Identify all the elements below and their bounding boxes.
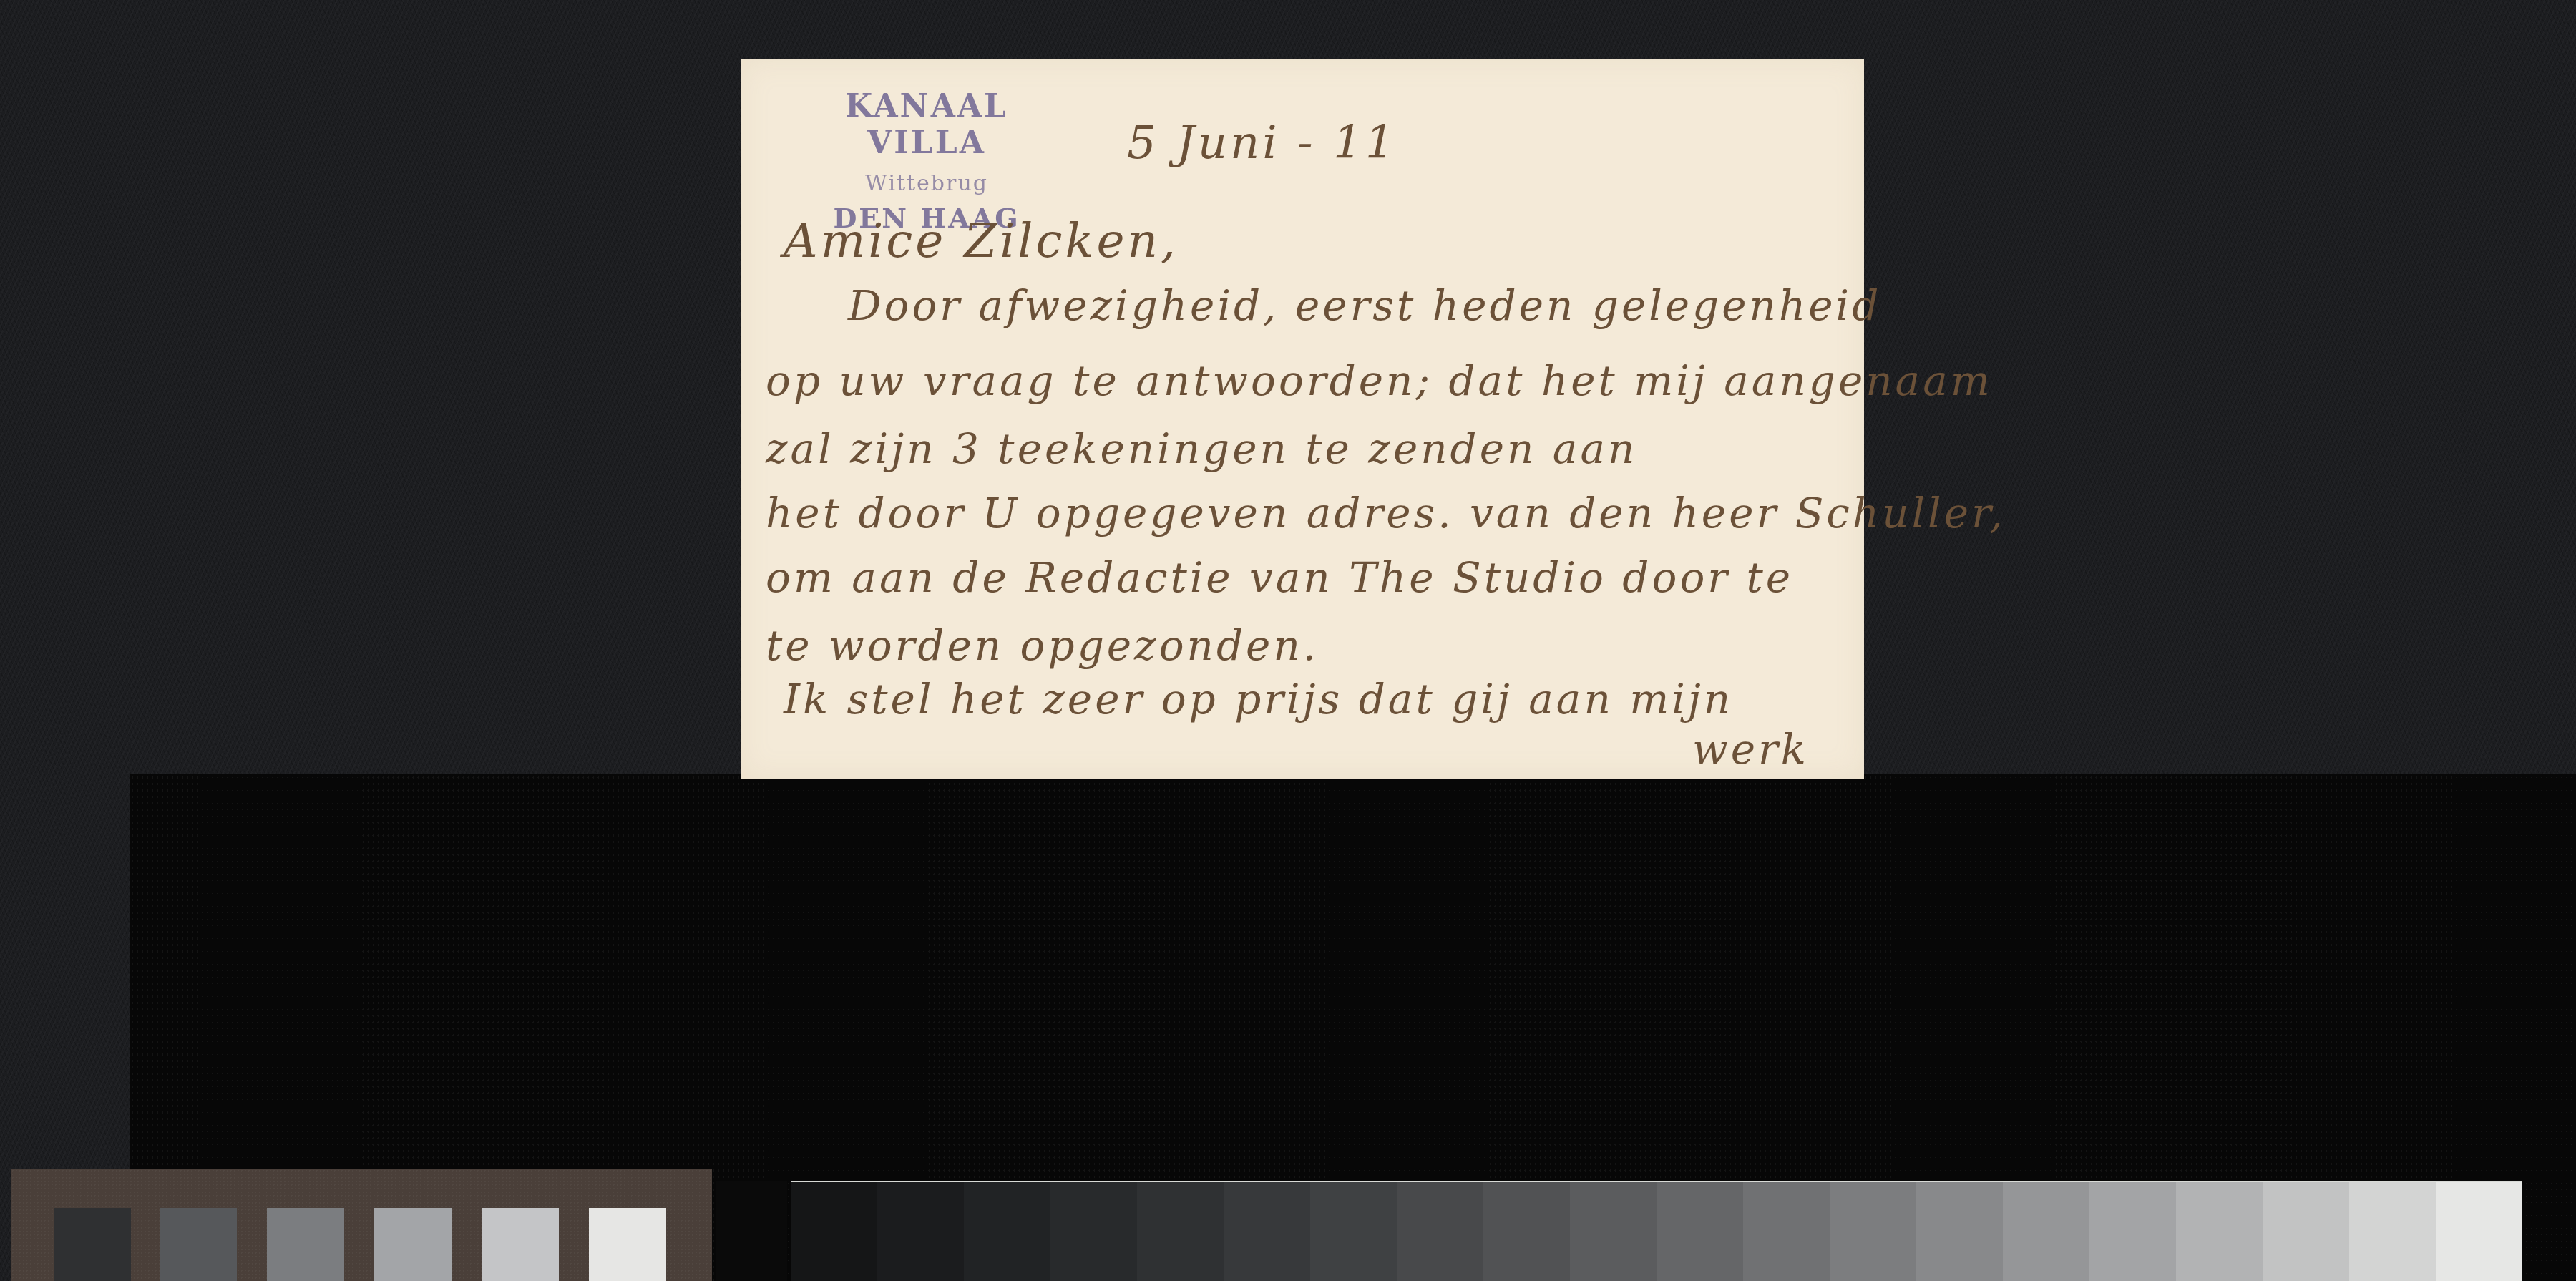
gray-step-1 [791, 1182, 877, 1281]
gray-step-10 [1570, 1182, 1657, 1281]
gray-swatch-6 [589, 1208, 666, 1281]
gray-swatch-2 [160, 1208, 237, 1281]
address-stamp: KANAAL VILLA Wittebrug DEN HAAG [791, 88, 1063, 234]
gray-step-19 [2349, 1182, 2436, 1281]
body-line-7: Ik stel het zeer op prijs dat gij aan mi… [784, 675, 1733, 724]
gray-step-5 [1137, 1182, 1224, 1281]
gray-step-6 [1224, 1182, 1310, 1281]
gray-step-8 [1397, 1182, 1483, 1281]
gray-step-12 [1743, 1182, 1830, 1281]
gray-step-16 [2089, 1182, 2176, 1281]
calibration-gap [716, 1181, 787, 1281]
gray-swatch-5 [482, 1208, 559, 1281]
salutation: Amice Zilcken, [784, 213, 1179, 268]
color-patch-card [11, 1169, 712, 1281]
gray-swatch-3 [267, 1208, 344, 1281]
gray-swatch-1 [54, 1208, 131, 1281]
gray-step-9 [1483, 1182, 1570, 1281]
gray-step-3 [964, 1182, 1050, 1281]
body-line-4: het door U opgegeven adres. van den heer… [766, 489, 2006, 537]
stamp-line-1: KANAAL VILLA [791, 88, 1063, 161]
gray-step-13 [1830, 1182, 1916, 1281]
body-line-6: te worden opgezonden. [766, 621, 1319, 670]
letter-date: 5 Juni - 11 [1127, 117, 1397, 170]
body-line-2: op uw vraag te antwoorden; dat het mij a… [766, 356, 1993, 405]
body-line-1: Door afwezigheid, eerst heden gelegenhei… [848, 281, 1881, 330]
gray-step-17 [2176, 1182, 2263, 1281]
body-line-5: om aan de Redactie van The Studio door t… [766, 553, 1793, 602]
gray-step-18 [2263, 1182, 2349, 1281]
gray-scale-strip [791, 1181, 2522, 1281]
gray-swatch-4 [374, 1208, 452, 1281]
gray-step-20 [2436, 1182, 2522, 1281]
body-line-8: werk [1692, 725, 1809, 774]
body-line-3: zal zijn 3 teekeningen te zenden aan [766, 424, 1637, 473]
postcard: KANAAL VILLA Wittebrug DEN HAAG 5 Juni -… [741, 59, 1864, 779]
gray-step-15 [2003, 1182, 2089, 1281]
gray-step-7 [1310, 1182, 1397, 1281]
gray-step-14 [1916, 1182, 2003, 1281]
gray-step-4 [1050, 1182, 1137, 1281]
gray-step-11 [1657, 1182, 1743, 1281]
gray-step-2 [877, 1182, 964, 1281]
stamp-line-2: Wittebrug [791, 171, 1063, 196]
